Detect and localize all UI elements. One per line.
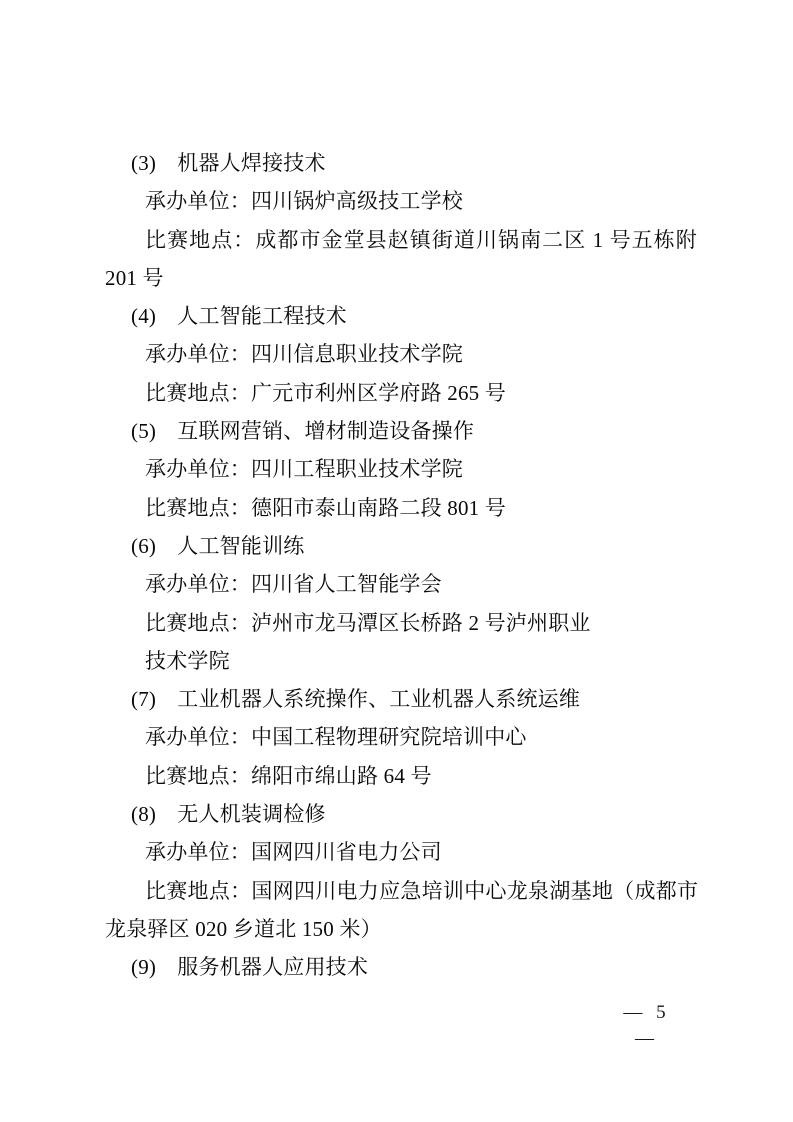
location-continuation: 技术学院 [105,642,697,680]
organizer-line: 承办单位：国网四川省电力公司 [105,833,697,871]
location-line: 比赛地点：成都市金堂县赵镇街道川锅南二区 1 号五栋附 [105,221,697,259]
organizer-line: 承办单位：四川工程职业技术学院 [105,450,697,488]
location-line: 比赛地点：国网四川电力应急培训中心龙泉湖基地（成都市 [105,872,697,910]
page-number: — 5 — [610,1000,680,1052]
location-line: 比赛地点：泸州市龙马潭区长桥路 2 号泸州职业 [105,604,697,642]
organizer-line: 承办单位：中国工程物理研究院培训中心 [105,718,697,756]
document-page: (3) 机器人焊接技术 承办单位：四川锅炉高级技工学校 比赛地点：成都市金堂县赵… [0,0,793,1122]
location-line: 比赛地点：广元市利州区学府路 265 号 [105,374,697,412]
item-heading: (6) 人工智能训练 [105,527,697,565]
item-heading: (7) 工业机器人系统操作、工业机器人系统运维 [105,680,697,718]
organizer-line: 承办单位：四川锅炉高级技工学校 [105,182,697,220]
item-heading: (9) 服务机器人应用技术 [105,948,697,986]
document-body: (3) 机器人焊接技术 承办单位：四川锅炉高级技工学校 比赛地点：成都市金堂县赵… [105,144,697,987]
item-heading: (8) 无人机装调检修 [105,795,697,833]
item-heading: (4) 人工智能工程技术 [105,297,697,335]
organizer-line: 承办单位：四川信息职业技术学院 [105,335,697,373]
location-line: 比赛地点：绵阳市绵山路 64 号 [105,757,697,795]
location-continuation: 201 号 [105,259,697,297]
item-heading: (3) 机器人焊接技术 [105,144,697,182]
organizer-line: 承办单位：四川省人工智能学会 [105,565,697,603]
location-continuation: 龙泉驿区 020 乡道北 150 米） [105,910,697,948]
location-line: 比赛地点：德阳市泰山南路二段 801 号 [105,489,697,527]
item-heading: (5) 互联网营销、增材制造设备操作 [105,412,697,450]
